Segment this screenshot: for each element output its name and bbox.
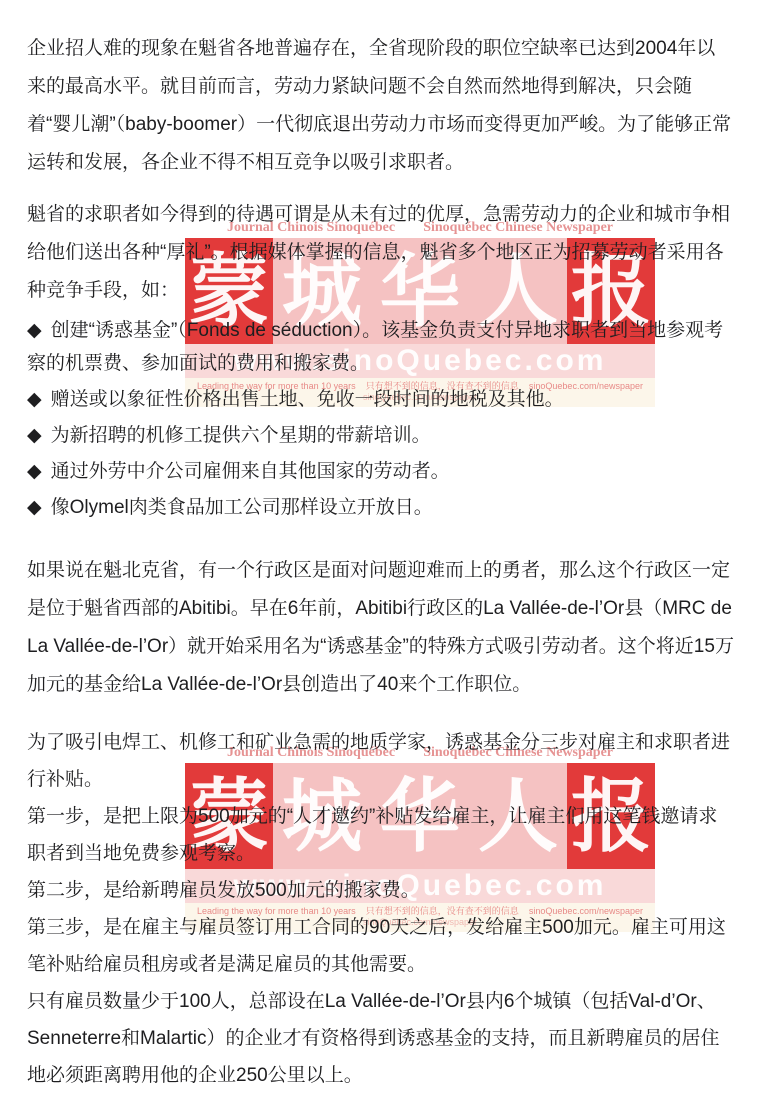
paragraph-labor-shortage: 企业招人难的现象在魁省各地普遍存在，全省现阶段的职位空缺率已达到2004年以来的… — [27, 30, 734, 182]
diamond-bullet-icon: ◆ — [27, 320, 42, 341]
paragraph-jobseeker-treatment: 魁省的求职者如今得到的待遇可谓是从未有过的优厚，急需劳动力的企业和城市争相给他们… — [27, 196, 734, 310]
list-item: ◆赠送或以象征性价格出售土地、免收一段时间的地税及其他。 — [27, 383, 734, 416]
bullet-text: 通过外劳中介公司雇佣来自其他国家的劳动者。 — [51, 461, 450, 482]
paragraph-step-three: 第三步，是在雇主与雇员签订用工合同的90天之后，发给雇主500加元。雇主可用这笔… — [27, 909, 734, 983]
bullet-text: 像Olymel肉类食品加工公司那样设立开放日。 — [51, 497, 433, 518]
article-body: 企业招人难的现象在魁省各地普遍存在，全省现阶段的职位空缺率已达到2004年以来的… — [0, 0, 760, 1094]
fund-steps-section: 为了吸引电焊工、机修工和矿业急需的地质学家，诱惑基金分三步对雇主和求职者进行补贴… — [27, 724, 734, 1094]
list-item: ◆像Olymel肉类食品加工公司那样设立开放日。 — [27, 491, 734, 524]
paragraph-step-one: 第一步，是把上限为500加元的“人才邀约”补贴发给雇主，让雇主们用这笔钱邀请求职… — [27, 798, 734, 872]
bullet-text: 为新招聘的机修工提供六个星期的带薪培训。 — [51, 425, 431, 446]
paragraph-eligibility: 只有雇员数量少于100人，总部设在La Vallée-de-l’Or县内6个城镇… — [27, 983, 734, 1094]
list-item: ◆为新招聘的机修工提供六个星期的带薪培训。 — [27, 419, 734, 452]
diamond-bullet-icon: ◆ — [27, 425, 42, 446]
list-item: ◆创建“诱惑基金”（Fonds de séduction）。该基金负责支付异地求… — [27, 314, 734, 380]
paragraph-fund-intro: 为了吸引电焊工、机修工和矿业急需的地质学家，诱惑基金分三步对雇主和求职者进行补贴… — [27, 724, 734, 798]
bullet-text: 创建“诱惑基金”（Fonds de séduction）。该基金负责支付异地求职… — [27, 320, 723, 374]
bullet-text: 赠送或以象征性价格出售土地、免收一段时间的地税及其他。 — [51, 389, 564, 410]
diamond-bullet-icon: ◆ — [27, 389, 42, 410]
paragraph-step-two: 第二步，是给新聘雇员发放500加元的搬家费。 — [27, 872, 734, 909]
paragraph-abitibi: 如果说在魁北克省，有一个行政区是面对问题迎难而上的勇者，那么这个行政区一定是位于… — [27, 552, 734, 704]
diamond-bullet-icon: ◆ — [27, 497, 42, 518]
list-item: ◆通过外劳中介公司雇佣来自其他国家的劳动者。 — [27, 455, 734, 488]
bullet-list: ◆创建“诱惑基金”（Fonds de séduction）。该基金负责支付异地求… — [27, 314, 734, 524]
diamond-bullet-icon: ◆ — [27, 461, 42, 482]
